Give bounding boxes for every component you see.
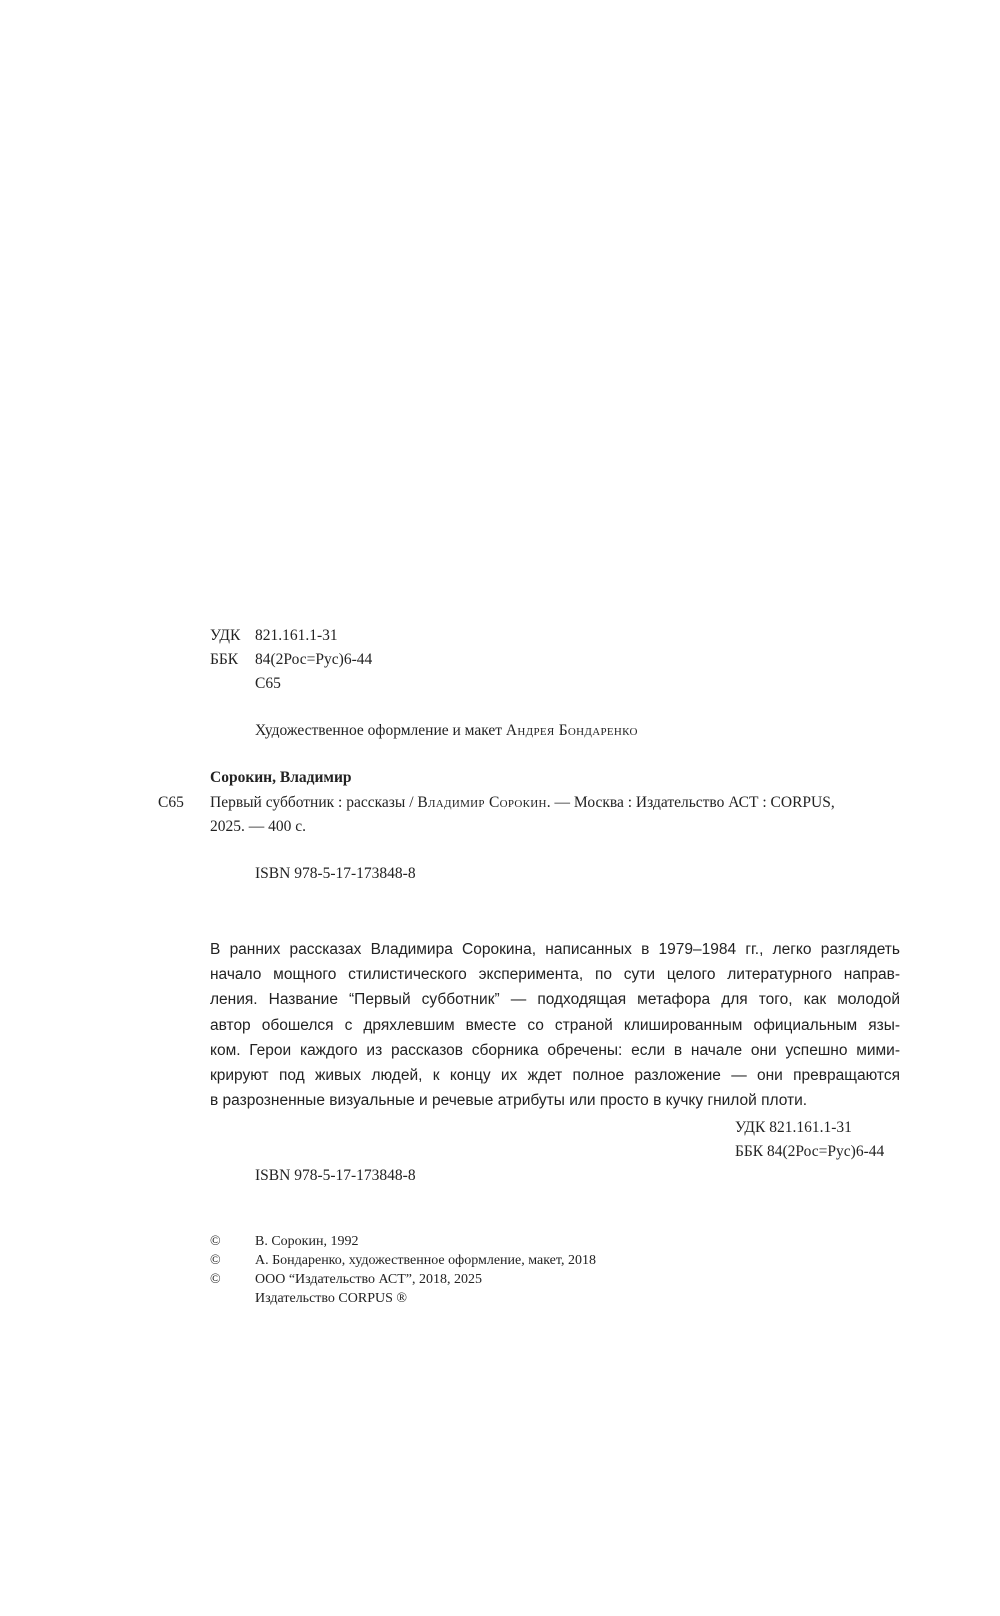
bbk-label: ББК xyxy=(210,650,238,670)
isbn-top: ISBN 978-5-17-173848-8 xyxy=(255,864,416,884)
annotation-line: в разрозненные визуальные и речевые атри… xyxy=(210,1088,900,1113)
udk-label: УДК xyxy=(210,626,240,646)
annotation-line: автор обошелся с дряхлевшим вместе со ст… xyxy=(210,1013,900,1038)
copyright-line: В. Сорокин, 1992 xyxy=(255,1232,358,1251)
bib-heading: Сорокин, Владимир xyxy=(210,768,352,788)
bib-title: Первый субботник : рассказы / xyxy=(210,794,414,811)
bib-publisher: . — Москва : Издательство АСТ : CORPUS, xyxy=(547,794,835,811)
design-credit-name: Андрея Бондаренко xyxy=(506,722,638,739)
annotation-line: крируют под живых людей, к концу их ждет… xyxy=(210,1063,900,1088)
bib-title-line: Первый субботник : рассказы / Владимир С… xyxy=(210,793,835,813)
design-credit: Художественное оформление и макет Андрея… xyxy=(255,721,638,741)
copyright-line: ООО “Издательство АСТ”, 2018, 2025 xyxy=(255,1270,482,1289)
bbk-value: 84(2Рос=Рус)6-44 xyxy=(255,650,372,670)
copyright-icon: © xyxy=(210,1251,221,1270)
annotation-line: ления. Название “Первый субботник” — под… xyxy=(210,987,900,1012)
annotation-line: ком. Герои каждого из рассказов сборника… xyxy=(210,1038,900,1063)
copyright-icon: © xyxy=(210,1270,221,1289)
bbk-bottom: ББК 84(2Рос=Рус)6-44 xyxy=(735,1142,884,1162)
publisher-trademark: Издательство CORPUS ® xyxy=(255,1289,407,1308)
bib-author: Владимир Сорокин xyxy=(417,794,546,811)
annotation-line: начало мощного стилистического экспериме… xyxy=(210,962,900,987)
author-sign: С65 xyxy=(255,674,281,694)
annotation-line: В ранних рассказах Владимира Сорокина, н… xyxy=(210,937,900,962)
annotation: В ранних рассказах Владимира Сорокина, н… xyxy=(210,937,900,1113)
bib-year-pages: 2025. — 400 с. xyxy=(210,817,306,837)
copyright-icon: © xyxy=(210,1232,221,1251)
isbn-bottom: ISBN 978-5-17-173848-8 xyxy=(255,1166,416,1186)
design-credit-text: Художественное оформление и макет xyxy=(255,722,502,739)
bib-author-sign: С65 xyxy=(158,793,184,813)
udk-value: 821.161.1-31 xyxy=(255,626,338,646)
copyright-line: А. Бондаренко, художественное оформление… xyxy=(255,1251,596,1270)
udk-bottom: УДК 821.161.1-31 xyxy=(735,1118,852,1138)
